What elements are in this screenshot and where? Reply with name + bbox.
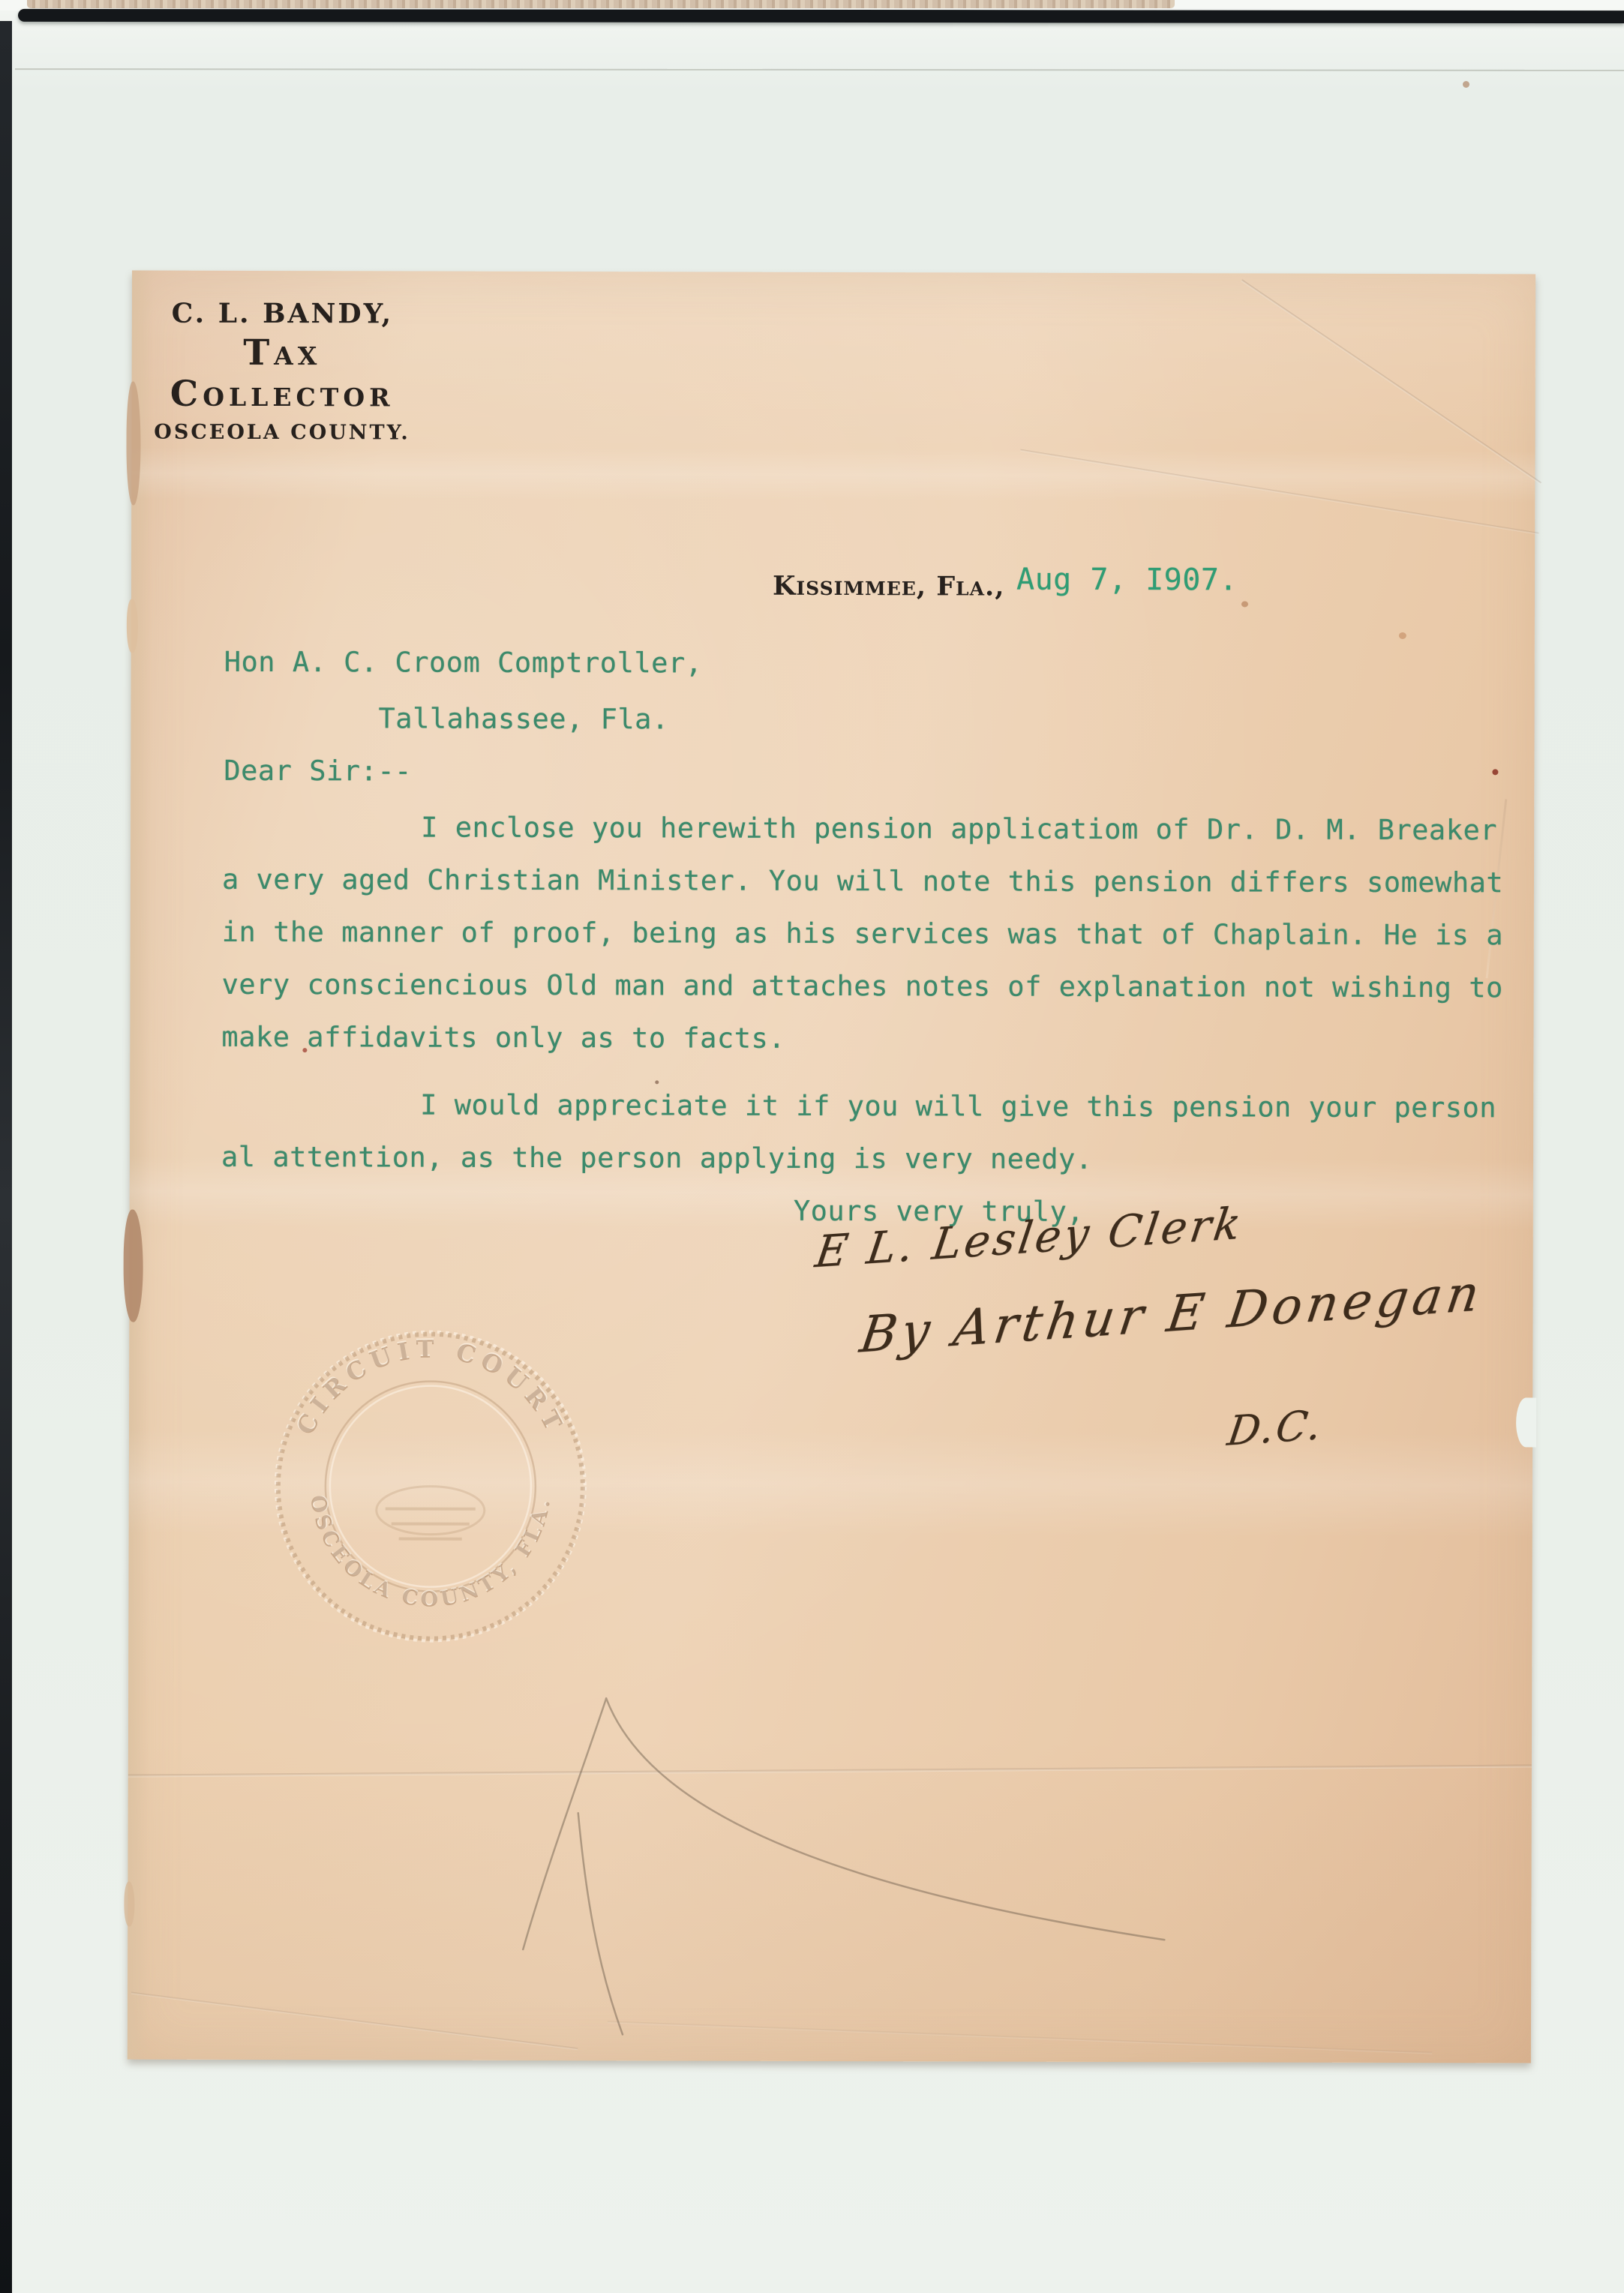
torn-edge-fragment (126, 382, 140, 506)
letterhead-county: OSCEOLA COUNTY. (153, 421, 412, 445)
right-edge-tear (1516, 1397, 1536, 1447)
body-line: very consciencious Old man and attaches … (222, 968, 1503, 1004)
scanned-letter-page: { "document": { "letterhead": { "name": … (0, 0, 1624, 2293)
seal-rope-ring (278, 1334, 583, 1639)
stain-speck (1241, 601, 1248, 607)
seal-arc-top-highlight: CIRCUIT COURT (290, 1333, 572, 1439)
dateline-place: Kissimmee, Fla., (773, 571, 1004, 602)
backing-crease-line (15, 68, 1624, 71)
signature-deputy: By Arthur E Donegan (857, 1264, 1487, 1364)
letterhead-title: Tax Collector (153, 332, 412, 416)
seal-center-emblem (377, 1486, 485, 1534)
letterhead-name: C. L. BANDY, (153, 298, 412, 330)
body-line: a very aged Christian Minister. You will… (222, 863, 1503, 899)
mat-stain-speck (1463, 81, 1469, 88)
seal-arc-bottom-text: OSCEOLA COUNTY, FLA. (305, 1493, 556, 1612)
paper-texture-band (131, 447, 1535, 503)
torn-edge-fragment (123, 1210, 143, 1322)
seal-center-shading (386, 1508, 476, 1538)
scan-black-border-left (0, 21, 12, 2293)
letter-document: C. L. BANDY, Tax Collector OSCEOLA COUNT… (128, 271, 1535, 2063)
svg-text:CIRCUIT COURT: CIRCUIT COURT (291, 1334, 571, 1440)
body-line: I enclose you herewith pension applicati… (421, 812, 1497, 847)
letterhead: C. L. BANDY, Tax Collector OSCEOLA COUNT… (153, 298, 413, 445)
torn-edge-fragment (124, 1882, 134, 1927)
seal-inner-ring (326, 1381, 536, 1592)
torn-edge-fragment (127, 599, 138, 653)
fold-crease (608, 2021, 1432, 2054)
signature-dc-initials: D.C. (1225, 1400, 1327, 1454)
body-line: I would appreciate it if you will give t… (420, 1089, 1496, 1124)
recipient-line: Hon A. C. Croom Comptroller, (224, 646, 703, 680)
svg-text:OSCEOLA COUNTY, FLA.: OSCEOLA COUNTY, FLA. (305, 1493, 556, 1612)
scan-black-border-top (18, 9, 1624, 23)
seal-arc-top-text: CIRCUIT COURT (291, 1334, 571, 1440)
body-line: make affidavits only as to facts. (221, 1021, 785, 1055)
embossed-court-seal: CIRCUIT COURT CIRCUIT COURT OSCEOLA COUN… (265, 1321, 596, 1652)
fold-crease (1241, 279, 1541, 484)
fold-crease (1020, 449, 1539, 535)
fold-crease (128, 1764, 1532, 1777)
stain-speck (1399, 632, 1406, 639)
body-line: al attention, as the person applying is … (221, 1141, 1093, 1175)
scan-edge-fuzz (27, 0, 1175, 8)
svg-text:CIRCUIT COURT: CIRCUIT COURT (290, 1333, 572, 1439)
stain-speck (655, 1080, 659, 1084)
seal-arc-bottom-highlight: OSCEOLA COUNTY, FLA. (307, 1493, 554, 1611)
paper-texture-band (129, 1430, 1532, 1538)
fold-crease (131, 1992, 578, 2051)
salutation: Dear Sir:-- (224, 755, 412, 788)
dateline-date: Aug 7, I907. (1016, 563, 1238, 598)
body-line: in the manner of proof, being as his ser… (222, 916, 1503, 951)
svg-text:OSCEOLA COUNTY, FLA.: OSCEOLA COUNTY, FLA. (307, 1493, 554, 1611)
stain-speck (1492, 769, 1498, 775)
recipient-line: Tallahassee, Fla. (379, 702, 669, 735)
seal-inner-ring-highlight (330, 1385, 532, 1587)
seal-rope-ring-highlight (275, 1331, 585, 1641)
